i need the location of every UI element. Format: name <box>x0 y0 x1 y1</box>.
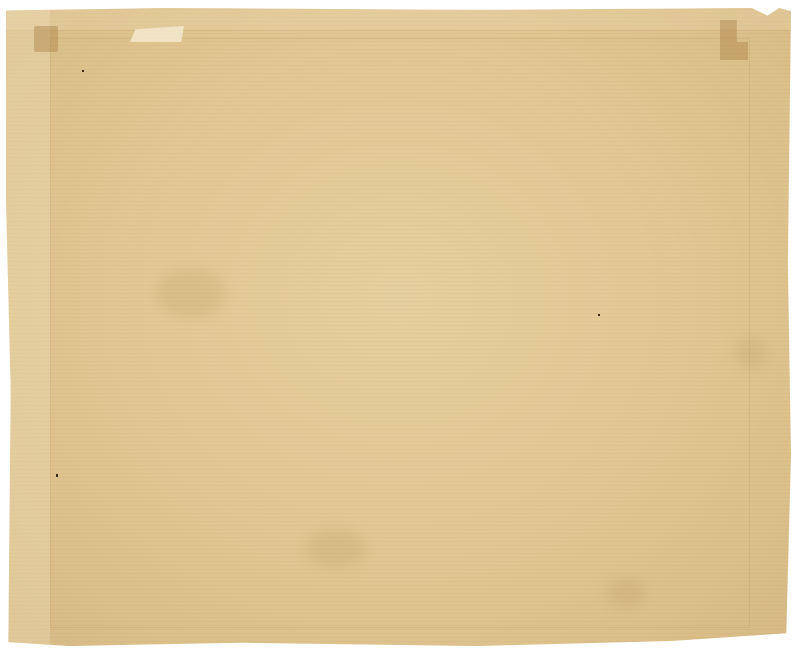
stain <box>606 578 646 608</box>
stain <box>306 528 366 568</box>
tape-mark-top-left <box>34 26 58 52</box>
ink-speck <box>598 314 600 316</box>
left-margin-band <box>6 8 50 646</box>
ink-speck <box>82 70 84 72</box>
top-fold-strip <box>6 8 791 31</box>
stain <box>156 268 226 318</box>
inner-plate-mark <box>50 38 750 628</box>
stain <box>736 338 766 368</box>
paper-sheet <box>6 8 791 646</box>
ink-speck <box>56 474 58 477</box>
